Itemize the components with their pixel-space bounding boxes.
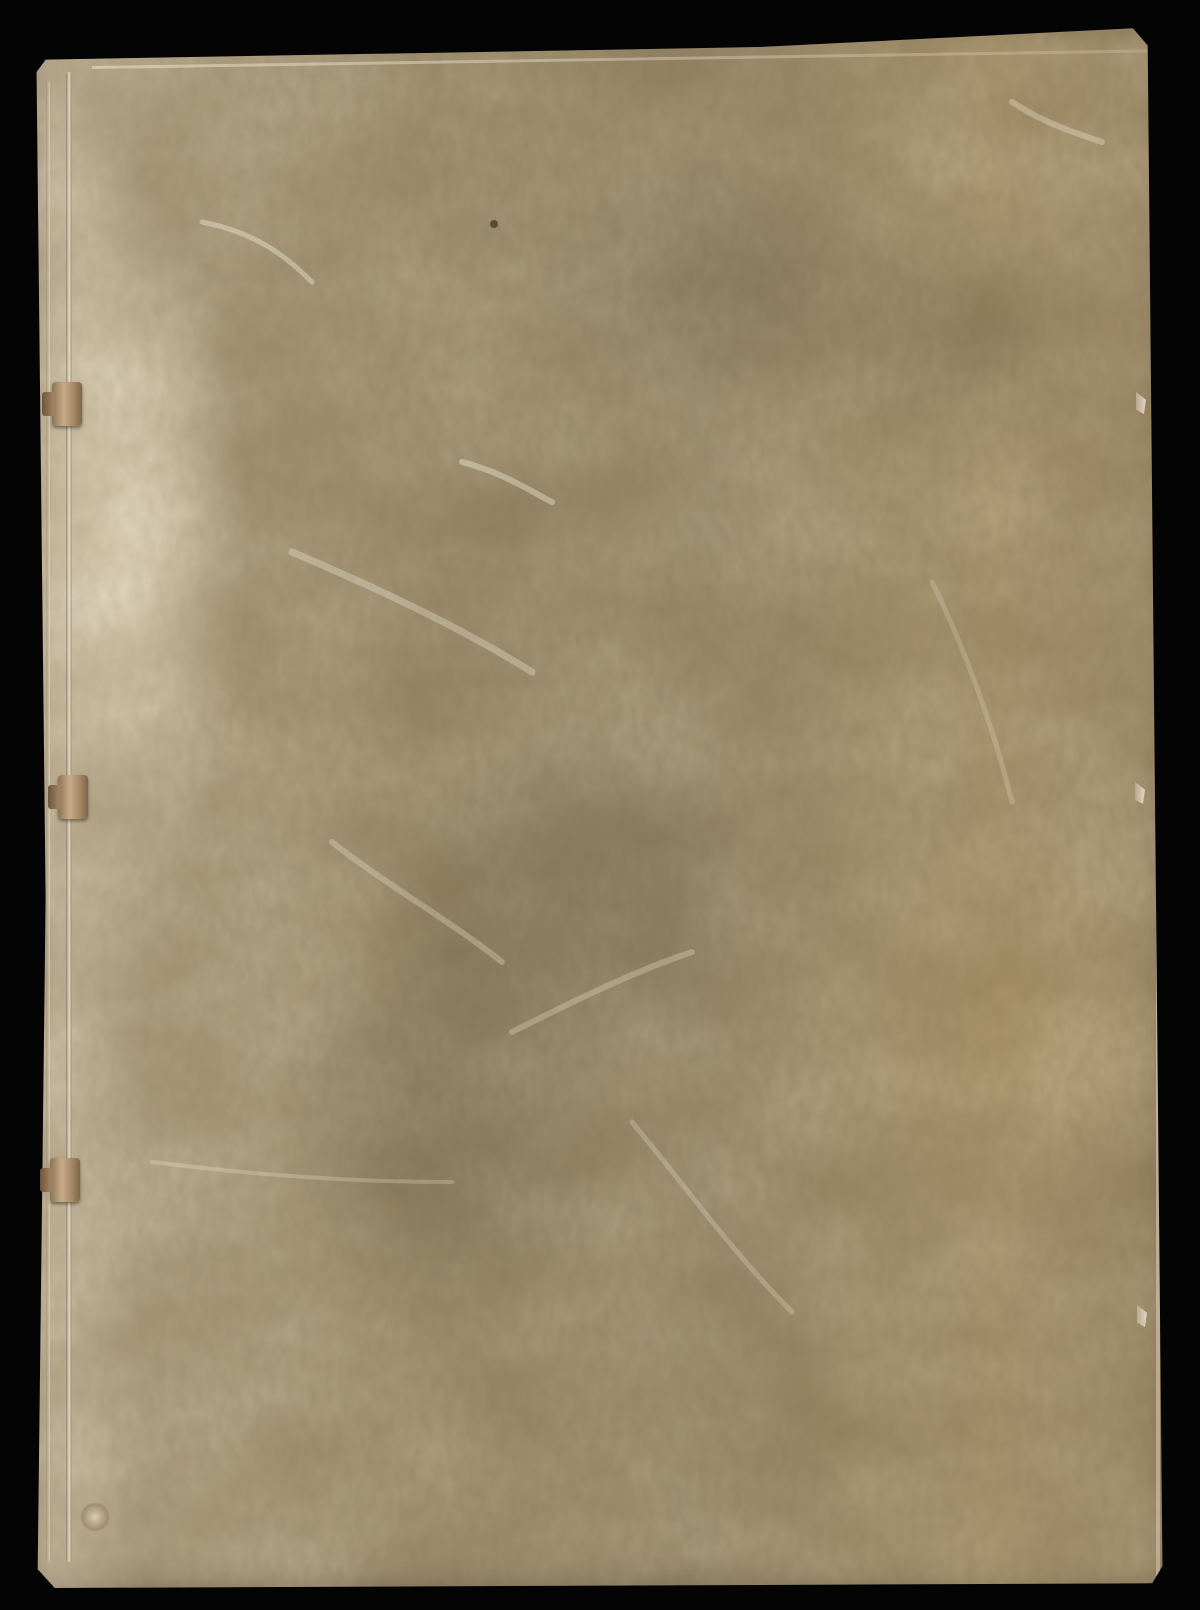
corner-wear	[80, 1502, 110, 1532]
spine-edge	[46, 82, 50, 1562]
fore-edge-highlight	[1156, 62, 1160, 1602]
photo-scene	[0, 0, 1200, 1610]
spine-tie-top	[52, 382, 82, 426]
spine-tie-middle	[58, 775, 88, 819]
vellum-book-cover	[32, 22, 1167, 1588]
vellum-crease-highlights	[32, 22, 1167, 1588]
dark-spot	[490, 220, 498, 228]
spine-tie-bottom	[50, 1158, 80, 1202]
